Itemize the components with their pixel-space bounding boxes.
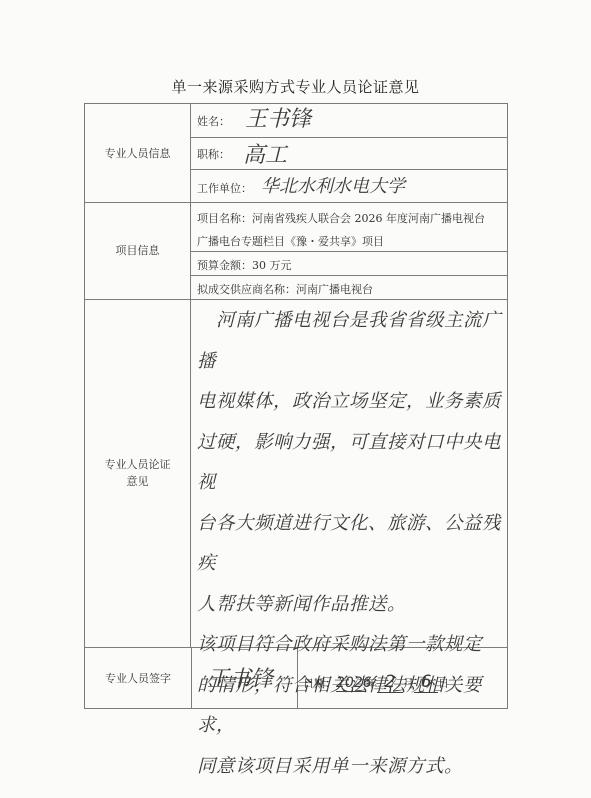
date-month: 2 <box>377 672 403 693</box>
signature-section-label: 专业人员签字 <box>85 647 191 709</box>
date-field: 日期： 2026 年 2 月 6 日 <box>303 672 449 693</box>
opinion-label-line1: 专业人员论证 <box>105 456 171 473</box>
project-section-label: 项目信息 <box>85 202 190 299</box>
opinion-line: 同意该项目采用单一来源方式。 <box>197 747 503 788</box>
opinion-section-label: 专业人员论证 意见 <box>85 299 190 647</box>
opinion-line: 河南广播电视台是我省省级主流广播 <box>197 301 503 382</box>
row-divider <box>190 137 508 138</box>
signature-value: 王书锋 <box>207 662 273 693</box>
title-label: 职称： <box>197 146 230 162</box>
column-divider <box>190 104 191 647</box>
column-divider <box>191 647 192 709</box>
opinion-label-line2: 意见 <box>127 473 149 490</box>
budget-amount: 预算金额：30 万元 <box>197 257 292 273</box>
opinion-line: 电视媒体，政治立场坚定，业务素质 <box>197 382 503 423</box>
year-unit: 年 <box>366 675 377 691</box>
opinion-line: 台各大频道进行文化、旅游、公益残疾 <box>197 504 503 585</box>
project-name-line1: 项目名称：河南省残疾人联合会 2026 年度河南广播电视台 <box>197 210 485 226</box>
proposed-supplier: 拟成交供应商名称：河南广播电视台 <box>197 281 373 297</box>
day-unit: 日 <box>438 675 449 691</box>
handwritten-opinion: 河南广播电视台是我省省级主流广播 电视媒体，政治立场坚定，业务素质 过硬，影响力… <box>197 301 503 787</box>
opinion-line: 该项目符合政府采购法第一款规定 <box>197 625 503 666</box>
row-divider <box>190 275 508 276</box>
name-value: 王书锋 <box>245 102 311 133</box>
date-year: 2026 <box>336 675 366 692</box>
date-label: 日期： <box>303 675 336 691</box>
page-title: 单一来源采购方式专业人员论证意见 <box>0 76 591 97</box>
project-name-line2: 广播电台专题栏目《豫・爱共享》项目 <box>197 233 384 249</box>
date-day: 6 <box>414 672 438 693</box>
row-divider <box>190 251 508 252</box>
opinion-line: 过硬，影响力强，可直接对口中央电视 <box>197 423 503 504</box>
workplace-value: 华北水利水电大学 <box>261 172 405 198</box>
personnel-section-label: 专业人员信息 <box>85 104 190 202</box>
name-label: 姓名： <box>197 113 230 129</box>
row-divider <box>190 169 508 170</box>
month-unit: 月 <box>403 675 414 691</box>
opinion-form-table: 专业人员信息 姓名： 王书锋 职称： 高工 工作单位： 华北水利水电大学 项目信… <box>84 103 508 709</box>
title-value: 高工 <box>243 138 287 169</box>
workplace-label: 工作单位： <box>197 180 252 196</box>
opinion-line: 人帮扶等新闻作品推送。 <box>197 585 503 626</box>
